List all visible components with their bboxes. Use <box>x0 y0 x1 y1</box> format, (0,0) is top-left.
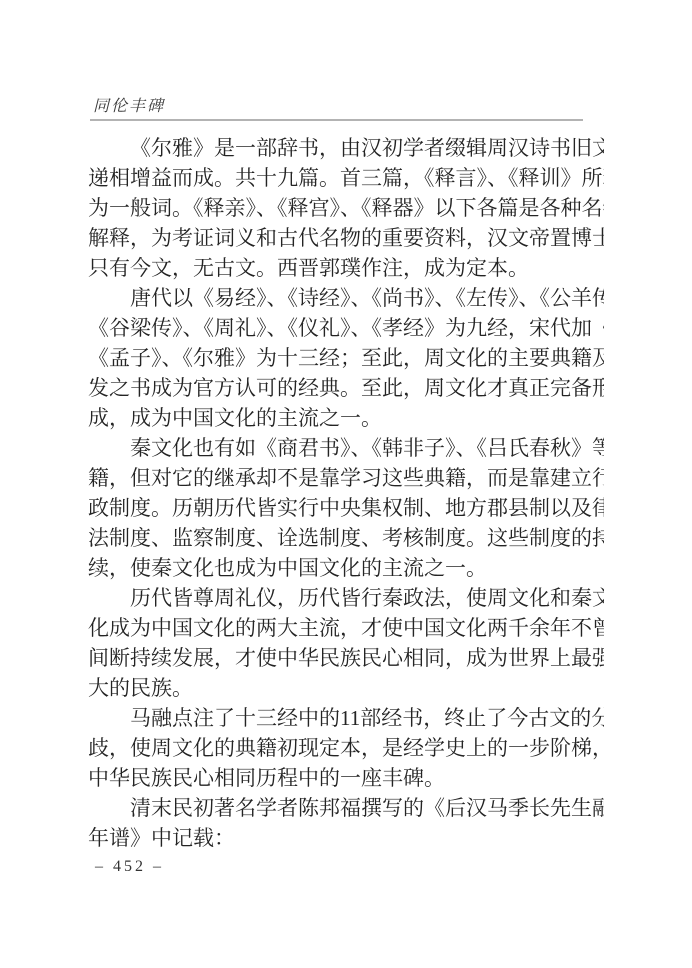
text-line: 年谱》中记载： <box>88 823 604 853</box>
text-line: 政制度。历朝历代皆实行中央集权制、地方郡县制以及律 <box>88 493 604 523</box>
header-rule <box>90 119 583 121</box>
text-line: 中华民族民心相同历程中的一座丰碑。 <box>88 763 604 793</box>
text-line: 历代皆尊周礼仪，历代皆行秦政法，使周文化和秦文 <box>88 583 604 613</box>
text-line: 发之书成为官方认可的经典。至此，周文化才真正完备形 <box>88 373 604 403</box>
text-line: 续，使秦文化也成为中国文化的主流之一。 <box>88 553 604 583</box>
paragraph: 马融点注了十三经中的11部经书，终止了今古文的分歧，使周文化的典籍初现定本，是经… <box>88 703 604 793</box>
paragraph: 《尔雅》是一部辞书，由汉初学者缀辑周汉诗书旧文，递相增益而成。共十九篇。首三篇，… <box>88 133 604 283</box>
paragraph: 秦文化也有如《商君书》、《韩非子》、《吕氏春秋》等典籍，但对它的继承却不是靠学习… <box>88 433 604 583</box>
text-line: 大的民族。 <box>88 673 604 703</box>
body-text: 《尔雅》是一部辞书，由汉初学者缀辑周汉诗书旧文，递相增益而成。共十九篇。首三篇，… <box>88 133 604 853</box>
running-header-title: 同伦丰碑 <box>93 93 165 116</box>
text-line: 《谷梁传》、《周礼》、《仪礼》、《孝经》为九经，宋代加《论语》、 <box>88 313 604 343</box>
page-number: – 452 – <box>95 858 164 876</box>
text-line: 为一般词。《释亲》、《释宫》、《释器》以下各篇是各种名物的 <box>88 193 604 223</box>
text-line: 歧，使周文化的典籍初现定本，是经学史上的一步阶梯，是 <box>88 733 604 763</box>
book-page: 同伦丰碑 《尔雅》是一部辞书，由汉初学者缀辑周汉诗书旧文，递相增益而成。共十九篇… <box>0 0 692 968</box>
text-line: 递相增益而成。共十九篇。首三篇，《释言》、《释训》所释 <box>88 163 604 193</box>
text-line: 间断持续发展，才使中华民族民心相同，成为世界上最强 <box>88 643 604 673</box>
paragraph: 清末民初著名学者陈邦福撰写的《后汉马季长先生融年谱》中记载： <box>88 793 604 853</box>
paragraph: 历代皆尊周礼仪，历代皆行秦政法，使周文化和秦文化成为中国文化的两大主流，才使中国… <box>88 583 604 703</box>
text-line: 马融点注了十三经中的11部经书，终止了今古文的分 <box>88 703 604 733</box>
text-line: 籍，但对它的继承却不是靠学习这些典籍，而是靠建立行 <box>88 463 604 493</box>
text-line: 解释，为考证词义和古代名物的重要资料，汉文帝置博士， <box>88 223 604 253</box>
paragraph: 唐代以《易经》、《诗经》、《尚书》、《左传》、《公羊传》、《谷梁传》、《周礼》、… <box>88 283 604 433</box>
text-line: 法制度、监察制度、诠选制度、考核制度。这些制度的持 <box>88 523 604 553</box>
text-line: 清末民初著名学者陈邦福撰写的《后汉马季长先生融 <box>88 793 604 823</box>
text-line: 《尔雅》是一部辞书，由汉初学者缀辑周汉诗书旧文， <box>88 133 604 163</box>
text-line: 成，成为中国文化的主流之一。 <box>88 403 604 433</box>
text-line: 只有今文，无古文。西晋郭璞作注，成为定本。 <box>88 253 604 283</box>
text-line: 唐代以《易经》、《诗经》、《尚书》、《左传》、《公羊传》、 <box>88 283 604 313</box>
text-line: 秦文化也有如《商君书》、《韩非子》、《吕氏春秋》等典 <box>88 433 604 463</box>
text-line: 《孟子》、《尔雅》为十三经；至此，周文化的主要典籍及其阐 <box>88 343 604 373</box>
text-line: 化成为中国文化的两大主流，才使中国文化两千余年不曾 <box>88 613 604 643</box>
